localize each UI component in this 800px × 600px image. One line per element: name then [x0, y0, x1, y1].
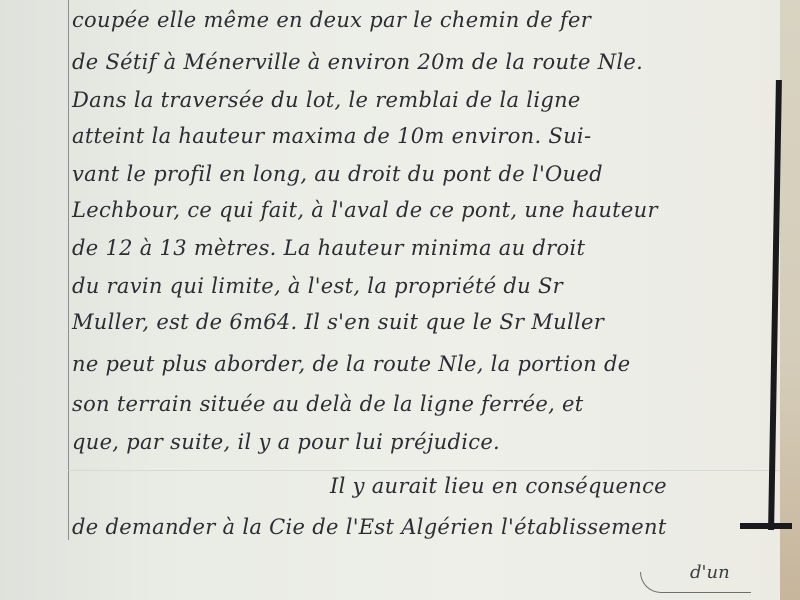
text-line-13: Il y aurait lieu en conséquence — [330, 474, 667, 498]
page-edge-shadow-bottom — [740, 523, 792, 529]
text-line-14: de demander à la Cie de l'Est Algérien l… — [72, 515, 667, 539]
text-line-1: coupée elle même en deux par le chemin d… — [72, 8, 591, 32]
text-line-6: Lechbour, ce qui fait, à l'aval de ce po… — [72, 198, 658, 222]
margin-rule — [68, 0, 69, 540]
manuscript-page: coupée elle même en deux par le chemin d… — [0, 0, 780, 600]
text-line-4: atteint la hauteur maxima de 10m environ… — [72, 124, 591, 148]
text-line-8: du ravin qui limite, à l'est, la proprié… — [72, 274, 563, 298]
text-line-3: Dans la traversée du lot, le remblai de … — [72, 88, 581, 112]
text-line-7: de 12 à 13 mètres. La hauteur minima au … — [72, 236, 585, 260]
text-line-5: vant le profil en long, au droit du pont… — [72, 162, 603, 186]
catchword: d'un — [690, 562, 730, 583]
ruled-line — [68, 470, 780, 471]
text-line-12: que, par suite, il y a pour lui préjudic… — [72, 430, 500, 454]
text-line-9: Muller, est de 6m64. Il s'en suit que le… — [72, 310, 604, 334]
text-line-11: son terrain située au delà de la ligne f… — [72, 392, 584, 416]
text-line-2: de Sétif à Ménerville à environ 20m de l… — [72, 50, 643, 74]
text-line-10: ne peut plus aborder, de la route Nle, l… — [72, 352, 630, 376]
